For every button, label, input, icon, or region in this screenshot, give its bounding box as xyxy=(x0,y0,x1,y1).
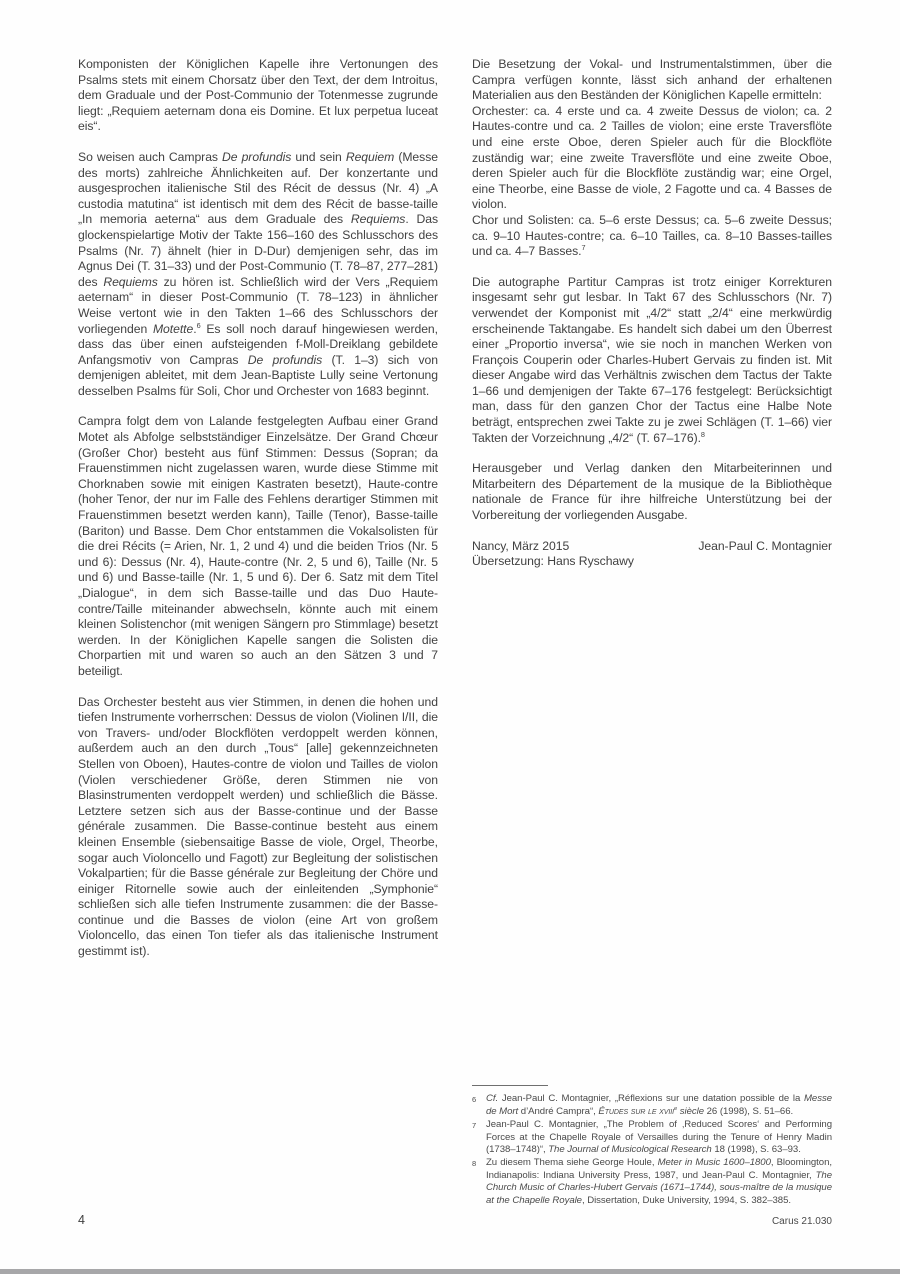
page-content: Komponisten der Königlichen Kapelle ihre… xyxy=(78,57,832,1227)
footnote-text: Zu diesem Thema siehe George Houle, Mete… xyxy=(486,1157,832,1207)
paragraph: Campra folgt dem von Lalande festgelegte… xyxy=(78,414,438,679)
left-column: Komponisten der Königlichen Kapelle ihre… xyxy=(78,57,438,960)
signoff-block: Nancy, März 2015 Jean-Paul C. Montagnier… xyxy=(472,539,832,570)
document-page: Komponisten der Königlichen Kapelle ihre… xyxy=(0,0,900,1269)
translation-credit: Übersetzung: Hans Ryschawy xyxy=(472,554,832,570)
footnote: 7 Jean-Paul C. Montagnier, „The Problem … xyxy=(472,1119,832,1156)
footnote-text: Cf. Jean-Paul C. Montagnier, „Réflexions… xyxy=(486,1093,832,1118)
page-number: 4 xyxy=(78,1213,85,1227)
paragraph: So weisen auch Campras De profundis und … xyxy=(78,150,438,400)
paragraph-chor-solisten: Chor und Solisten: ca. 5–6 erste Dessus;… xyxy=(472,213,832,260)
right-column: Die Besetzung der Vokal- und Instrumenta… xyxy=(472,57,832,1207)
text-columns: Komponisten der Königlichen Kapelle ihre… xyxy=(78,57,832,1207)
paragraph: Komponisten der Königlichen Kapelle ihre… xyxy=(78,57,438,135)
catalog-number: Carus 21.030 xyxy=(772,1216,832,1227)
paragraph: Herausgeber und Verlag danken den Mitarb… xyxy=(472,461,832,523)
page-footer: 4 Carus 21.030 xyxy=(78,1213,832,1227)
footnote-number: 7 xyxy=(472,1119,486,1156)
place-date: Nancy, März 2015 xyxy=(472,539,569,555)
footnote-number: 8 xyxy=(472,1157,486,1207)
footnote-text: Jean-Paul C. Montagnier, „The Problem of… xyxy=(486,1119,832,1156)
footnote: 6 Cf. Jean-Paul C. Montagnier, „Réflexio… xyxy=(472,1093,832,1118)
author-name: Jean-Paul C. Montagnier xyxy=(698,539,832,555)
footnote: 8 Zu diesem Thema siehe George Houle, Me… xyxy=(472,1157,832,1207)
paragraph: Die autographe Partitur Campras ist trot… xyxy=(472,275,832,447)
footnote-number: 6 xyxy=(472,1093,486,1118)
paragraph-orchester: Orchester: ca. 4 erste und ca. 4 zweite … xyxy=(472,104,832,213)
footnotes-block: 6 Cf. Jean-Paul C. Montagnier, „Réflexio… xyxy=(472,1085,832,1207)
page-bottom-edge xyxy=(0,1269,900,1274)
paragraph: Die Besetzung der Vokal- und Instrumenta… xyxy=(472,57,832,104)
signoff-row: Nancy, März 2015 Jean-Paul C. Montagnier xyxy=(472,539,832,555)
paragraph: Das Orchester besteht aus vier Stimmen, … xyxy=(78,695,438,960)
footnote-separator xyxy=(472,1085,548,1086)
